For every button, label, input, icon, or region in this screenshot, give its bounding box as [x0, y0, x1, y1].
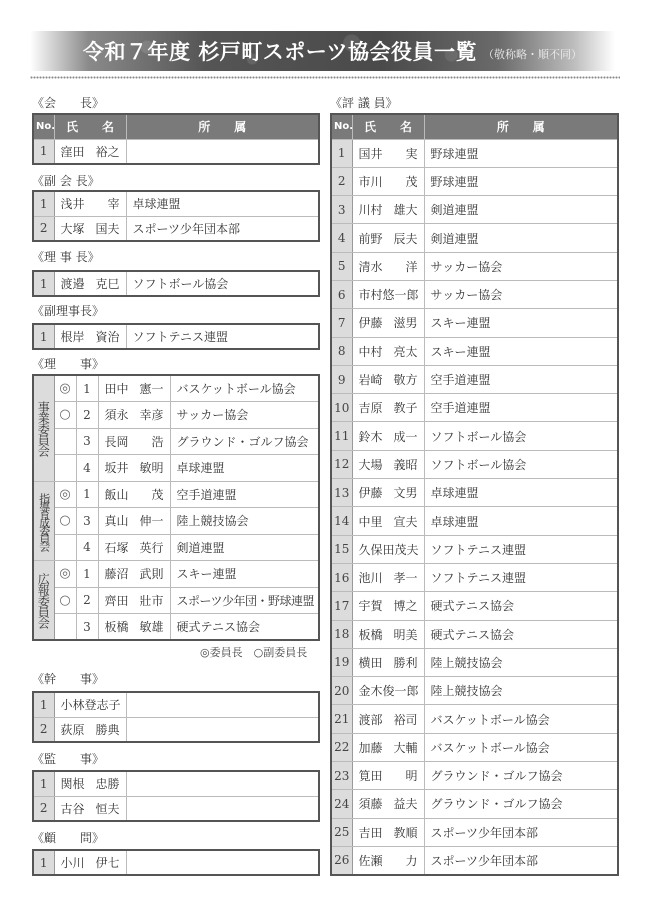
given-name: 孝一	[393, 569, 417, 586]
advisor-table: 1 小川伊七	[32, 849, 320, 876]
given-name: 亮太	[393, 343, 417, 360]
affiliation: グラウンド・ゴルフ協会	[170, 428, 319, 455]
affiliation: 陸上競技協会	[424, 677, 618, 705]
table-row: 14中里宣夫卓球連盟	[331, 507, 618, 535]
affiliation: サッカー協会	[170, 402, 319, 429]
affiliation: 剣道連盟	[424, 224, 618, 252]
affiliation: スポーツ少年団・野球連盟	[170, 587, 319, 614]
affiliation: ソフトテニス連盟	[424, 563, 618, 591]
title-banner: 令和７年度 杉戸町スポーツ協会役員一覧 （敬称略・順不同）	[30, 31, 615, 71]
row-no: 2	[76, 587, 98, 614]
affiliation: 卓球連盟	[424, 479, 618, 507]
table-row: 広報委員会 ◎ 1 藤沼武則 スキー連盟	[33, 561, 319, 588]
family-name: 伊藤	[359, 314, 383, 331]
family-name: 根岸	[61, 328, 85, 345]
table-row: 1 小林登志子	[33, 692, 319, 717]
table-row: 16池川孝一ソフトテニス連盟	[331, 563, 618, 591]
family-name: 鈴木	[359, 428, 383, 445]
row-no: 2	[331, 167, 352, 195]
affiliation: 野球連盟	[424, 167, 618, 195]
row-no: 1	[76, 375, 98, 402]
table-row: 指導育成委員会 ◎ 1 飯山茂 空手道連盟	[33, 481, 319, 508]
affiliation	[126, 139, 319, 164]
given-name: 教子	[393, 399, 417, 416]
table-row: 23筧田明グラウンド・ゴルフ協会	[331, 762, 618, 790]
row-no: 2	[76, 402, 98, 429]
family-name: 大場	[359, 456, 383, 473]
family-name: 関根	[61, 775, 85, 792]
section-label-president: 《会 長》	[32, 94, 104, 111]
table-row: ○ 3 真山伸一 陸上競技協会	[33, 508, 319, 535]
affiliation: スポーツ少年団本部	[424, 818, 618, 846]
row-no: 25	[331, 818, 352, 846]
directors-table: 事業委員会 ◎ 1 田中憲一 バスケットボール協会 ○ 2 須永幸彦 サッカー協…	[32, 374, 320, 641]
section-label-secretary: 《幹 事》	[32, 670, 104, 687]
table-row: 18板橋明美硬式テニス協会	[331, 620, 618, 648]
family-name: 板橋	[105, 618, 129, 635]
given-name: 伸一	[139, 512, 163, 529]
given-name: 武則	[139, 565, 163, 582]
row-no: 18	[331, 620, 352, 648]
row-no: 17	[331, 592, 352, 620]
affiliation: スポーツ少年団本部	[424, 846, 618, 874]
affiliation: ソフトボール協会	[126, 271, 319, 296]
table-row: 4 坂井敏明 卓球連盟	[33, 455, 319, 482]
table-row: 11鈴木成一ソフトボール協会	[331, 422, 618, 450]
role-mark: ◎	[54, 481, 76, 508]
given-name: 博之	[393, 597, 417, 614]
table-row: 9岩崎敬方空手道連盟	[331, 365, 618, 393]
section-label-vice-chairman: 《副理事長》	[32, 302, 104, 319]
table-row: 1国井実野球連盟	[331, 139, 618, 167]
row-no: 16	[331, 563, 352, 591]
row-no: 1	[33, 324, 54, 349]
affiliation: スポーツ少年団本部	[126, 216, 319, 241]
family-name: 市川	[359, 173, 383, 190]
affiliation: 卓球連盟	[424, 507, 618, 535]
family-name: 長岡	[105, 433, 129, 450]
row-no: 1	[33, 271, 54, 296]
table-row: 6市村悠一郎サッカー協会	[331, 280, 618, 308]
role-mark	[54, 428, 76, 455]
col-header-name: 氏 名	[54, 114, 126, 139]
family-name: 渡邉	[61, 275, 85, 292]
given-name: 力	[405, 852, 417, 869]
section-label-chairman: 《理 事 長》	[32, 248, 100, 265]
row-no: 10	[331, 394, 352, 422]
vice-chairman-table: 1 根岸資治 ソフトテニス連盟	[32, 323, 320, 350]
affiliation: 陸上競技協会	[424, 648, 618, 676]
given-name: 幸彦	[139, 406, 163, 423]
table-row: 25吉田教順スポーツ少年団本部	[331, 818, 618, 846]
given-name: 国夫	[95, 220, 119, 237]
col-header-affiliation: 所 属	[126, 114, 319, 139]
row-no: 24	[331, 790, 352, 818]
given-name: 裕之	[95, 143, 119, 160]
table-row: 13伊藤文男卓球連盟	[331, 479, 618, 507]
family-name: 市村悠一郎	[359, 286, 419, 303]
family-name: 荻原	[61, 721, 85, 738]
row-no: 5	[331, 252, 352, 280]
affiliation: ソフトボール協会	[424, 422, 618, 450]
given-name: 忠勝	[95, 775, 119, 792]
councilors-table: No. 氏 名 所 属 1国井実野球連盟2市川茂野球連盟3川村雄大剣道連盟4前野…	[330, 113, 619, 876]
family-name: 藤沼	[105, 565, 129, 582]
table-row: 7伊藤滋男スキー連盟	[331, 309, 618, 337]
table-row: 2市川茂野球連盟	[331, 167, 618, 195]
row-no: 1	[33, 191, 54, 216]
affiliation: ソフトボール協会	[424, 450, 618, 478]
given-name: 勝利	[393, 654, 417, 671]
given-name: 実	[405, 145, 417, 162]
table-row: 17宇賀博之硬式テニス協会	[331, 592, 618, 620]
table-row: 1 関根忠勝	[33, 771, 319, 796]
row-no: 8	[331, 337, 352, 365]
role-mark: ○	[54, 402, 76, 429]
affiliation: 硬式テニス協会	[424, 592, 618, 620]
role-mark	[54, 614, 76, 641]
row-no: 7	[331, 309, 352, 337]
given-name: 浩	[151, 433, 163, 450]
table-row: 20金木俊一郎陸上競技協会	[331, 677, 618, 705]
given-name: 伊七	[95, 854, 119, 871]
affiliation: 陸上競技協会	[170, 508, 319, 535]
table-row: 21渡部裕司バスケットボール協会	[331, 705, 618, 733]
given-name: 明	[405, 767, 417, 784]
row-no: 4	[76, 455, 98, 482]
given-name: 雄大	[393, 201, 417, 218]
affiliation: グラウンド・ゴルフ協会	[424, 790, 618, 818]
row-no: 1	[33, 139, 54, 164]
table-row: 24須藤益夫グラウンド・ゴルフ協会	[331, 790, 618, 818]
family-name: 須藤	[359, 795, 383, 812]
vice-president-table: 1 浅井宰 卓球連盟 2 大塚国夫 スポーツ少年団本部	[32, 190, 320, 242]
given-name: 益夫	[393, 795, 417, 812]
family-name: 浅井	[61, 195, 85, 212]
affiliation: サッカー協会	[424, 280, 618, 308]
given-name: 文男	[393, 484, 417, 501]
given-name: 敏雄	[139, 618, 163, 635]
affiliation: 卓球連盟	[170, 455, 319, 482]
role-mark: ◎	[54, 375, 76, 402]
section-label-directors: 《理 事》	[32, 355, 104, 372]
family-name: 久保田茂夫	[359, 541, 419, 558]
affiliation: 卓球連盟	[126, 191, 319, 216]
committee-label: 事業委員会	[33, 375, 54, 481]
given-name: 義昭	[393, 456, 417, 473]
affiliation: 硬式テニス協会	[424, 620, 618, 648]
family-name: 石塚	[105, 539, 129, 556]
president-table: No. 氏 名 所 属 1 窪田裕之	[32, 113, 320, 165]
family-name: 坂井	[105, 459, 129, 476]
row-no: 14	[331, 507, 352, 535]
family-name: 吉原	[359, 399, 383, 416]
dotted-divider	[30, 76, 620, 79]
row-no: 20	[331, 677, 352, 705]
row-no: 4	[331, 224, 352, 252]
family-name: 板橋	[359, 626, 383, 643]
family-name: 宇賀	[359, 597, 383, 614]
affiliation: 剣道連盟	[424, 196, 618, 224]
affiliation: スキー連盟	[170, 561, 319, 588]
row-no: 22	[331, 733, 352, 761]
row-no: 1	[33, 850, 54, 875]
given-name: 洋	[405, 258, 417, 275]
row-no: 2	[33, 796, 54, 821]
family-name: 田中	[105, 380, 129, 397]
table-row: 2 荻原勝典	[33, 717, 319, 742]
row-no: 3	[76, 428, 98, 455]
family-name: 中里	[359, 513, 383, 530]
family-name: 渡部	[359, 711, 383, 728]
page-title: 令和７年度 杉戸町スポーツ協会役員一覧	[83, 36, 477, 66]
row-no: 1	[331, 139, 352, 167]
table-row: 12大場義昭ソフトボール協会	[331, 450, 618, 478]
table-row: 22加藤大輔バスケットボール協会	[331, 733, 618, 761]
given-name: 滋男	[393, 314, 417, 331]
table-row: 3川村雄大剣道連盟	[331, 196, 618, 224]
table-row: 26佐瀬力スポーツ少年団本部	[331, 846, 618, 874]
family-name: 伊藤	[359, 484, 383, 501]
secretary-table: 1 小林登志子 2 荻原勝典	[32, 691, 320, 743]
section-label-auditor: 《監 事》	[32, 750, 104, 767]
table-row: 1 小川伊七	[33, 850, 319, 875]
family-name: 齊田	[105, 592, 129, 609]
row-no: 12	[331, 450, 352, 478]
section-label-vice-president: 《副 会 長》	[32, 172, 100, 189]
affiliation: 空手道連盟	[170, 481, 319, 508]
family-name: 真山	[105, 512, 129, 529]
family-name: 吉田	[359, 824, 383, 841]
table-row: 1 根岸資治 ソフトテニス連盟	[33, 324, 319, 349]
affiliation	[126, 717, 319, 742]
affiliation	[126, 850, 319, 875]
table-row: 5清水洋サッカー協会	[331, 252, 618, 280]
family-name: 小川	[61, 854, 85, 871]
affiliation: 剣道連盟	[170, 534, 319, 561]
role-legend: ◎委員長 ○副委員長	[200, 644, 307, 660]
section-label-councilors: 《評 議 員》	[330, 94, 398, 111]
role-mark	[54, 534, 76, 561]
family-name: 川村	[359, 201, 383, 218]
given-name: 敬方	[393, 371, 417, 388]
given-name: 茂	[405, 173, 417, 190]
family-name: 前野	[359, 230, 383, 247]
table-header-row: No. 氏 名 所 属	[33, 114, 319, 139]
row-no: 1	[76, 561, 98, 588]
family-name: 窪田	[61, 143, 85, 160]
role-mark: ◎	[54, 561, 76, 588]
given-name: 大輔	[393, 739, 417, 756]
affiliation	[126, 771, 319, 796]
given-name: 敏明	[139, 459, 163, 476]
table-row: 3 長岡浩 グラウンド・ゴルフ協会	[33, 428, 319, 455]
family-name: 須永	[105, 406, 129, 423]
table-row: ○ 2 齊田壯市 スポーツ少年団・野球連盟	[33, 587, 319, 614]
given-name: 裕司	[393, 711, 417, 728]
affiliation: ソフトテニス連盟	[126, 324, 319, 349]
table-header-row: No. 氏 名 所 属	[331, 114, 618, 139]
role-mark	[54, 455, 76, 482]
table-row: ○ 2 須永幸彦 サッカー協会	[33, 402, 319, 429]
chairman-table: 1 渡邉克巳 ソフトボール協会	[32, 270, 320, 297]
given-name: 宰	[107, 195, 119, 212]
row-no: 3	[331, 196, 352, 224]
family-name: 横田	[359, 654, 383, 671]
committee-label: 指導育成委員会	[33, 481, 54, 561]
given-name: 辰夫	[393, 230, 417, 247]
row-no: 6	[331, 280, 352, 308]
row-no: 4	[76, 534, 98, 561]
given-name: 茂	[151, 486, 163, 503]
page-subtitle: （敬称略・順不同）	[483, 46, 582, 62]
row-no: 2	[33, 717, 54, 742]
table-row: 4 石塚英行 剣道連盟	[33, 534, 319, 561]
given-name: 宣夫	[393, 513, 417, 530]
affiliation	[126, 692, 319, 717]
table-row: 2 古谷恒夫	[33, 796, 319, 821]
given-name: 英行	[139, 539, 163, 556]
row-no: 11	[331, 422, 352, 450]
table-row: 2 大塚国夫 スポーツ少年団本部	[33, 216, 319, 241]
given-name: 資治	[95, 328, 119, 345]
row-no: 13	[331, 479, 352, 507]
given-name: 克巳	[95, 275, 119, 292]
table-row: 1 浅井宰 卓球連盟	[33, 191, 319, 216]
row-no: 23	[331, 762, 352, 790]
family-name: 飯山	[105, 486, 129, 503]
row-no: 1	[33, 692, 54, 717]
table-row: 3 板橋敏雄 硬式テニス協会	[33, 614, 319, 641]
table-row: 19横田勝利陸上競技協会	[331, 648, 618, 676]
table-row: 10吉原教子空手道連盟	[331, 394, 618, 422]
family-name: 小林登志子	[61, 696, 121, 713]
row-no: 2	[33, 216, 54, 241]
affiliation: グラウンド・ゴルフ協会	[424, 762, 618, 790]
affiliation: ソフトテニス連盟	[424, 535, 618, 563]
affiliation: 空手道連盟	[424, 365, 618, 393]
family-name: 池川	[359, 569, 383, 586]
given-name: 憲一	[139, 380, 163, 397]
affiliation: バスケットボール協会	[424, 705, 618, 733]
col-header-name: 氏 名	[352, 114, 424, 139]
given-name: 恒夫	[95, 800, 119, 817]
affiliation	[126, 796, 319, 821]
row-no: 15	[331, 535, 352, 563]
row-no: 1	[76, 481, 98, 508]
committee-label: 広報委員会	[33, 561, 54, 641]
given-name: 明美	[393, 626, 417, 643]
auditor-table: 1 関根忠勝 2 古谷恒夫	[32, 770, 320, 822]
affiliation: バスケットボール協会	[170, 375, 319, 402]
affiliation: サッカー協会	[424, 252, 618, 280]
role-mark: ○	[54, 587, 76, 614]
affiliation: 硬式テニス協会	[170, 614, 319, 641]
given-name: 成一	[393, 428, 417, 445]
affiliation: バスケットボール協会	[424, 733, 618, 761]
table-row: 1 窪田裕之	[33, 139, 319, 164]
affiliation: 野球連盟	[424, 139, 618, 167]
family-name: 岩崎	[359, 371, 383, 388]
family-name: 古谷	[61, 800, 85, 817]
family-name: 中村	[359, 343, 383, 360]
given-name: 勝典	[95, 721, 119, 738]
family-name: 金木俊一郎	[359, 682, 419, 699]
table-row: 15久保田茂夫ソフトテニス連盟	[331, 535, 618, 563]
affiliation: スキー連盟	[424, 337, 618, 365]
affiliation: スキー連盟	[424, 309, 618, 337]
family-name: 清水	[359, 258, 383, 275]
row-no: 3	[76, 508, 98, 535]
table-row: 事業委員会 ◎ 1 田中憲一 バスケットボール協会	[33, 375, 319, 402]
row-no: 26	[331, 846, 352, 874]
col-header-affiliation: 所 属	[424, 114, 618, 139]
table-row: 8中村亮太スキー連盟	[331, 337, 618, 365]
row-no: 1	[33, 771, 54, 796]
family-name: 筧田	[359, 767, 383, 784]
section-label-advisor: 《顧 問》	[32, 829, 104, 846]
row-no: 3	[76, 614, 98, 641]
col-header-no: No.	[33, 114, 54, 139]
col-header-no: No.	[331, 114, 352, 139]
role-mark: ○	[54, 508, 76, 535]
family-name: 佐瀬	[359, 852, 383, 869]
affiliation: 空手道連盟	[424, 394, 618, 422]
family-name: 国井	[359, 145, 383, 162]
given-name: 教順	[393, 824, 417, 841]
family-name: 大塚	[61, 220, 85, 237]
table-row: 1 渡邉克巳 ソフトボール協会	[33, 271, 319, 296]
table-row: 4前野辰夫剣道連盟	[331, 224, 618, 252]
family-name: 加藤	[359, 739, 383, 756]
row-no: 9	[331, 365, 352, 393]
given-name: 壯市	[139, 592, 163, 609]
row-no: 19	[331, 648, 352, 676]
row-no: 21	[331, 705, 352, 733]
